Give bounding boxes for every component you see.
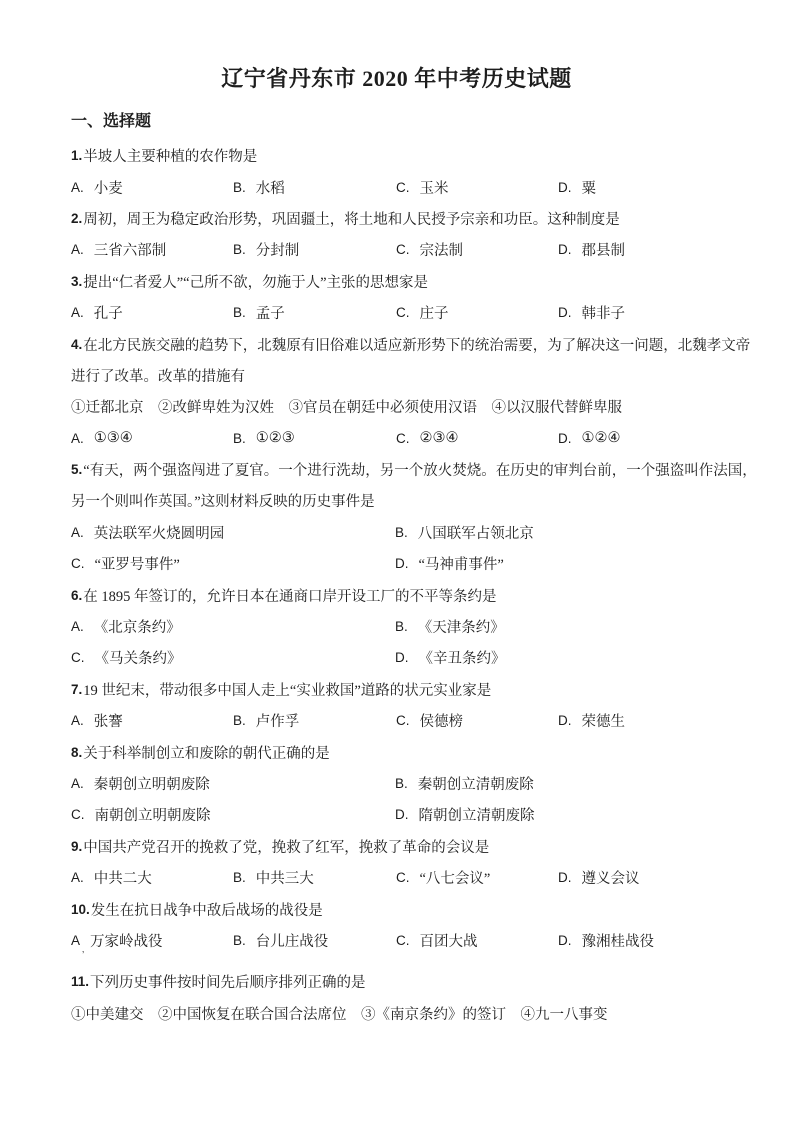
options-row: A.中共二大B.中共三大C.“八七会议”D.遵义会议 xyxy=(71,862,726,893)
option-b: B.分封制 xyxy=(233,239,396,260)
option-text: 台儿庄战役 xyxy=(256,930,329,951)
question-text: 下列历史事件按时间先后顺序排列正确的是 xyxy=(90,971,366,992)
option-c: C.庄子 xyxy=(396,302,558,323)
question-1: 1.半坡人主要种植的农作物是A.小麦B.水稻C.玉米D.粟 xyxy=(71,140,726,203)
option-label: A. xyxy=(71,305,84,320)
option-b: B.①②③ xyxy=(233,430,396,447)
option-d: D.荣德生 xyxy=(558,710,625,731)
option-label: B. xyxy=(395,619,408,634)
question-stem-line: 9.中国共产党召开的挽救了党，挽救了红军，挽救了革命的会议是 xyxy=(71,831,726,862)
option-text: 宗法制 xyxy=(420,239,464,260)
exam-page: 辽宁省丹东市 2020 年中考历史试题 一、选择题 1.半坡人主要种植的农作物是… xyxy=(0,0,793,1122)
question-number: 7. xyxy=(71,682,83,697)
option-text: 张謇 xyxy=(94,710,123,731)
question-stem-line: 11.下列历史事件按时间先后顺序排列正确的是 xyxy=(71,966,726,997)
question-9: 9.中国共产党召开的挽救了党，挽救了红军，挽救了革命的会议是A.中共二大B.中共… xyxy=(71,831,726,894)
options-row: C.“亚罗号事件”D.“马神甫事件” xyxy=(71,548,726,579)
option-b: B.孟子 xyxy=(233,302,396,323)
option-label: C. xyxy=(71,650,85,665)
options-row: A.《北京条约》B.《天津条约》 xyxy=(71,611,726,642)
question-items-text: ①迁都北京 ②改鲜卑姓为汉姓 ③官员在朝廷中必须使用汉语 ④以汉服代替鲜卑服 xyxy=(71,396,622,417)
option-label: D. xyxy=(558,242,572,257)
question-3: 3.提出“仁者爱人”“己所不欲，勿施于人”主张的思想家是A.孔子B.孟子C.庄子… xyxy=(71,266,726,329)
option-text: 荣德生 xyxy=(582,710,626,731)
option-label: D. xyxy=(558,870,572,885)
option-a: A.小麦 xyxy=(71,177,233,198)
option-label: D. xyxy=(558,933,572,948)
option-text: 秦朝创立清朝废除 xyxy=(418,773,534,794)
option-label: A. xyxy=(71,180,84,195)
page-title: 辽宁省丹东市 2020 年中考历史试题 xyxy=(0,62,793,93)
option-text: 玉米 xyxy=(420,177,449,198)
option-label: C. xyxy=(396,431,410,446)
option-text: “八七会议” xyxy=(420,867,491,888)
question-number: 2. xyxy=(71,211,83,226)
option-text: 水稻 xyxy=(256,177,285,198)
option-label: D. xyxy=(395,807,409,822)
question-10: 10.发生在抗日战争中敌后战场的战役是A万家岭战役B.台儿庄战役C.百团大战D.… xyxy=(71,893,726,966)
option-label: B. xyxy=(233,870,246,885)
option-c: C.②③④ xyxy=(396,430,558,447)
option-text: 万家岭战役 xyxy=(90,930,163,951)
option-a: A.《北京条约》 xyxy=(71,616,395,637)
question-text: 发生在抗日战争中敌后战场的战役是 xyxy=(91,899,323,920)
question-text: 在北方民族交融的趋势下，北魏原有旧俗难以适应新形势下的统治需要，为了解决这一问题… xyxy=(83,334,750,355)
question-5: 5.“有天，两个强盗闯进了夏官。一个进行洗劫，另一个放火焚烧。在历史的审判台前，… xyxy=(71,454,726,580)
option-label: A. xyxy=(71,525,84,540)
question-items: ①迁都北京 ②改鲜卑姓为汉姓 ③官员在朝廷中必须使用汉语 ④以汉服代替鲜卑服 xyxy=(71,391,726,422)
option-text: 豫湘桂战役 xyxy=(582,930,655,951)
option-b: B.八国联军占领北京 xyxy=(395,522,534,543)
question-number: 6. xyxy=(71,588,83,603)
option-a: A.秦朝创立明朝废除 xyxy=(71,773,395,794)
option-d: D.粟 xyxy=(558,177,596,198)
option-text: ②③④ xyxy=(420,430,459,447)
option-a: A.张謇 xyxy=(71,710,233,731)
options-row: A.小麦B.水稻C.玉米D.粟 xyxy=(71,171,726,202)
stray-mark: ’ xyxy=(82,950,84,961)
option-a: A.①③④ xyxy=(71,430,233,447)
option-label: A. xyxy=(71,619,84,634)
option-label: A. xyxy=(71,713,84,728)
spacer-line: ’ xyxy=(71,956,726,966)
options-row: A.①③④B.①②③C.②③④D.①②④ xyxy=(71,423,726,454)
question-list: 1.半坡人主要种植的农作物是A.小麦B.水稻C.玉米D.粟2.周初，周王为稳定政… xyxy=(71,140,726,1029)
question-items: ①中美建交 ②中国恢复在联合国合法席位 ③《南京条约》的签订 ④九一八事变 xyxy=(71,998,726,1029)
option-d: D.《辛丑条约》 xyxy=(395,647,506,668)
option-d: D.隋朝创立清朝废除 xyxy=(395,804,535,825)
section-heading: 一、选择题 xyxy=(71,108,151,131)
question-stem-line: 2.周初，周王为稳定政治形势，巩固疆土，将土地和人民授予宗亲和功臣。这种制度是 xyxy=(71,203,726,234)
option-label: D. xyxy=(558,305,572,320)
question-text: 周初，周王为稳定政治形势，巩固疆土，将土地和人民授予宗亲和功臣。这种制度是 xyxy=(83,208,620,229)
option-a: A.英法联军火烧圆明园 xyxy=(71,522,395,543)
option-label: B. xyxy=(233,180,246,195)
option-b: B.台儿庄战役 xyxy=(233,930,396,951)
question-stem-line: 1.半坡人主要种植的农作物是 xyxy=(71,140,726,171)
option-label: C. xyxy=(396,933,410,948)
option-label: C. xyxy=(396,305,410,320)
option-text: 隋朝创立清朝废除 xyxy=(419,804,535,825)
question-4: 4.在北方民族交融的趋势下，北魏原有旧俗难以适应新形势下的统治需要，为了解决这一… xyxy=(71,328,726,454)
option-text: 郡县制 xyxy=(582,239,626,260)
question-stem-line: 另一个则叫作英国。”这则材料反映的历史事件是 xyxy=(71,485,726,516)
question-number: 8. xyxy=(71,745,83,760)
option-label: D. xyxy=(395,556,409,571)
option-label: D. xyxy=(395,650,409,665)
option-text: 粟 xyxy=(582,177,597,198)
option-b: B.中共三大 xyxy=(233,867,396,888)
option-text: 孔子 xyxy=(94,302,123,323)
option-text: 庄子 xyxy=(420,302,449,323)
question-text: 另一个则叫作英国。”这则材料反映的历史事件是 xyxy=(71,490,375,511)
question-stem-line: 4.在北方民族交融的趋势下，北魏原有旧俗难以适应新形势下的统治需要，为了解决这一… xyxy=(71,328,726,359)
option-text: 南朝创立明朝废除 xyxy=(95,804,211,825)
option-label: B. xyxy=(233,431,246,446)
option-text: 中共二大 xyxy=(94,867,152,888)
option-label: A xyxy=(71,933,80,948)
option-text: 《北京条约》 xyxy=(94,616,181,637)
options-row: C.《马关条约》D.《辛丑条约》 xyxy=(71,642,726,673)
question-number: 10. xyxy=(71,902,91,917)
question-text: 提出“仁者爱人”“己所不欲，勿施于人”主张的思想家是 xyxy=(83,271,428,292)
option-c: C.《马关条约》 xyxy=(71,647,395,668)
option-label: B. xyxy=(233,713,246,728)
option-label: C. xyxy=(396,870,410,885)
option-d: D.遵义会议 xyxy=(558,867,640,888)
option-label: A. xyxy=(71,870,84,885)
option-c: C.玉米 xyxy=(396,177,558,198)
option-label: C. xyxy=(396,242,410,257)
option-b: B.卢作孚 xyxy=(233,710,396,731)
option-a: A.中共二大 xyxy=(71,867,233,888)
options-row: A.孔子B.孟子C.庄子D.韩非子 xyxy=(71,297,726,328)
option-text: 八国联军占领北京 xyxy=(418,522,534,543)
question-number: 3. xyxy=(71,274,83,289)
option-text: 三省六部制 xyxy=(94,239,167,260)
option-c: C.南朝创立明朝废除 xyxy=(71,804,395,825)
question-number: 9. xyxy=(71,839,83,854)
question-number: 5. xyxy=(71,462,83,477)
option-label: C. xyxy=(71,556,85,571)
option-a: A.孔子 xyxy=(71,302,233,323)
option-text: 《马关条约》 xyxy=(95,647,182,668)
option-c: C.侯德榜 xyxy=(396,710,558,731)
option-c: C.“八七会议” xyxy=(396,867,558,888)
option-label: A. xyxy=(71,242,84,257)
question-number: 4. xyxy=(71,337,83,352)
option-text: 英法联军火烧圆明园 xyxy=(94,522,225,543)
question-2: 2.周初，周王为稳定政治形势，巩固疆土，将土地和人民授予宗亲和功臣。这种制度是A… xyxy=(71,203,726,266)
question-items-text: ①中美建交 ②中国恢复在联合国合法席位 ③《南京条约》的签订 ④九一八事变 xyxy=(71,1003,608,1024)
option-text: 中共三大 xyxy=(256,867,314,888)
option-b: B.秦朝创立清朝废除 xyxy=(395,773,534,794)
option-text: ①②④ xyxy=(582,430,621,447)
option-text: ①②③ xyxy=(256,430,295,447)
option-label: B. xyxy=(233,933,246,948)
option-label: A. xyxy=(71,776,84,791)
question-text: 在 1895 年签订的，允许日本在通商口岸开设工厂的不平等条约是 xyxy=(83,585,496,606)
question-stem-line: 3.提出“仁者爱人”“己所不欲，勿施于人”主张的思想家是 xyxy=(71,266,726,297)
option-text: 遵义会议 xyxy=(582,867,640,888)
option-label: C. xyxy=(396,180,410,195)
option-label: B. xyxy=(395,525,408,540)
option-d: D.郡县制 xyxy=(558,239,625,260)
option-label: B. xyxy=(233,242,246,257)
option-c: C.百团大战 xyxy=(396,930,558,951)
question-stem-line: 5.“有天，两个强盗闯进了夏官。一个进行洗劫，另一个放火焚烧。在历史的审判台前，… xyxy=(71,454,726,485)
question-text: 关于科举制创立和废除的朝代正确的是 xyxy=(83,742,330,763)
option-c: C.“亚罗号事件” xyxy=(71,553,395,574)
option-label: D. xyxy=(558,180,572,195)
option-text: 《辛丑条约》 xyxy=(419,647,506,668)
option-label: C. xyxy=(396,713,410,728)
question-stem-line: 7.19 世纪末，带动很多中国人走上“实业救国”道路的状元实业家是 xyxy=(71,674,726,705)
question-number: 1. xyxy=(71,148,83,163)
option-text: 《天津条约》 xyxy=(418,616,505,637)
option-label: D. xyxy=(558,431,572,446)
option-text: 孟子 xyxy=(256,302,285,323)
option-a: A万家岭战役 xyxy=(71,930,233,951)
option-d: D.韩非子 xyxy=(558,302,625,323)
option-text: 卢作孚 xyxy=(256,710,300,731)
option-text: 百团大战 xyxy=(420,930,478,951)
option-label: B. xyxy=(233,305,246,320)
option-d: D.豫湘桂战役 xyxy=(558,930,654,951)
question-7: 7.19 世纪末，带动很多中国人走上“实业救国”道路的状元实业家是A.张謇B.卢… xyxy=(71,674,726,737)
option-a: A.三省六部制 xyxy=(71,239,233,260)
options-row: A.秦朝创立明朝废除B.秦朝创立清朝废除 xyxy=(71,768,726,799)
option-label: C. xyxy=(71,807,85,822)
option-d: D.“马神甫事件” xyxy=(395,553,504,574)
options-row: A.三省六部制B.分封制C.宗法制D.郡县制 xyxy=(71,234,726,265)
question-stem-line: 10.发生在抗日战争中敌后战场的战役是 xyxy=(71,893,726,924)
question-text: 进行了改革。改革的措施有 xyxy=(71,365,245,386)
option-text: “马神甫事件” xyxy=(419,553,504,574)
option-text: 小麦 xyxy=(94,177,123,198)
question-text: “有天，两个强盗闯进了夏官。一个进行洗劫，另一个放火焚烧。在历史的审判台前，一个… xyxy=(83,459,756,480)
option-b: B.《天津条约》 xyxy=(395,616,505,637)
question-stem-line: 6.在 1895 年签订的，允许日本在通商口岸开设工厂的不平等条约是 xyxy=(71,579,726,610)
option-text: “亚罗号事件” xyxy=(95,553,180,574)
option-b: B.水稻 xyxy=(233,177,396,198)
option-text: ①③④ xyxy=(94,430,133,447)
option-text: 侯德榜 xyxy=(420,710,464,731)
question-6: 6.在 1895 年签订的，允许日本在通商口岸开设工厂的不平等条约是A.《北京条… xyxy=(71,579,726,673)
option-c: C.宗法制 xyxy=(396,239,558,260)
option-label: B. xyxy=(395,776,408,791)
question-text: 19 世纪末，带动很多中国人走上“实业救国”道路的状元实业家是 xyxy=(83,679,491,700)
option-d: D.①②④ xyxy=(558,430,621,447)
options-row: A万家岭战役B.台儿庄战役C.百团大战D.豫湘桂战役 xyxy=(71,925,726,956)
option-text: 分封制 xyxy=(256,239,300,260)
option-text: 秦朝创立明朝废除 xyxy=(94,773,210,794)
option-label: D. xyxy=(558,713,572,728)
question-11: 11.下列历史事件按时间先后顺序排列正确的是①中美建交 ②中国恢复在联合国合法席… xyxy=(71,966,726,1029)
question-text: 中国共产党召开的挽救了党，挽救了红军，挽救了革命的会议是 xyxy=(83,836,489,857)
options-row: A.英法联军火烧圆明园B.八国联军占领北京 xyxy=(71,517,726,548)
question-number: 11. xyxy=(71,974,90,989)
option-text: 韩非子 xyxy=(582,302,626,323)
question-stem-line: 进行了改革。改革的措施有 xyxy=(71,360,726,391)
options-row: C.南朝创立明朝废除D.隋朝创立清朝废除 xyxy=(71,799,726,830)
question-text: 半坡人主要种植的农作物是 xyxy=(83,145,257,166)
question-8: 8.关于科举制创立和废除的朝代正确的是A.秦朝创立明朝废除B.秦朝创立清朝废除C… xyxy=(71,736,726,830)
options-row: A.张謇B.卢作孚C.侯德榜D.荣德生 xyxy=(71,705,726,736)
question-stem-line: 8.关于科举制创立和废除的朝代正确的是 xyxy=(71,736,726,767)
option-label: A. xyxy=(71,431,84,446)
